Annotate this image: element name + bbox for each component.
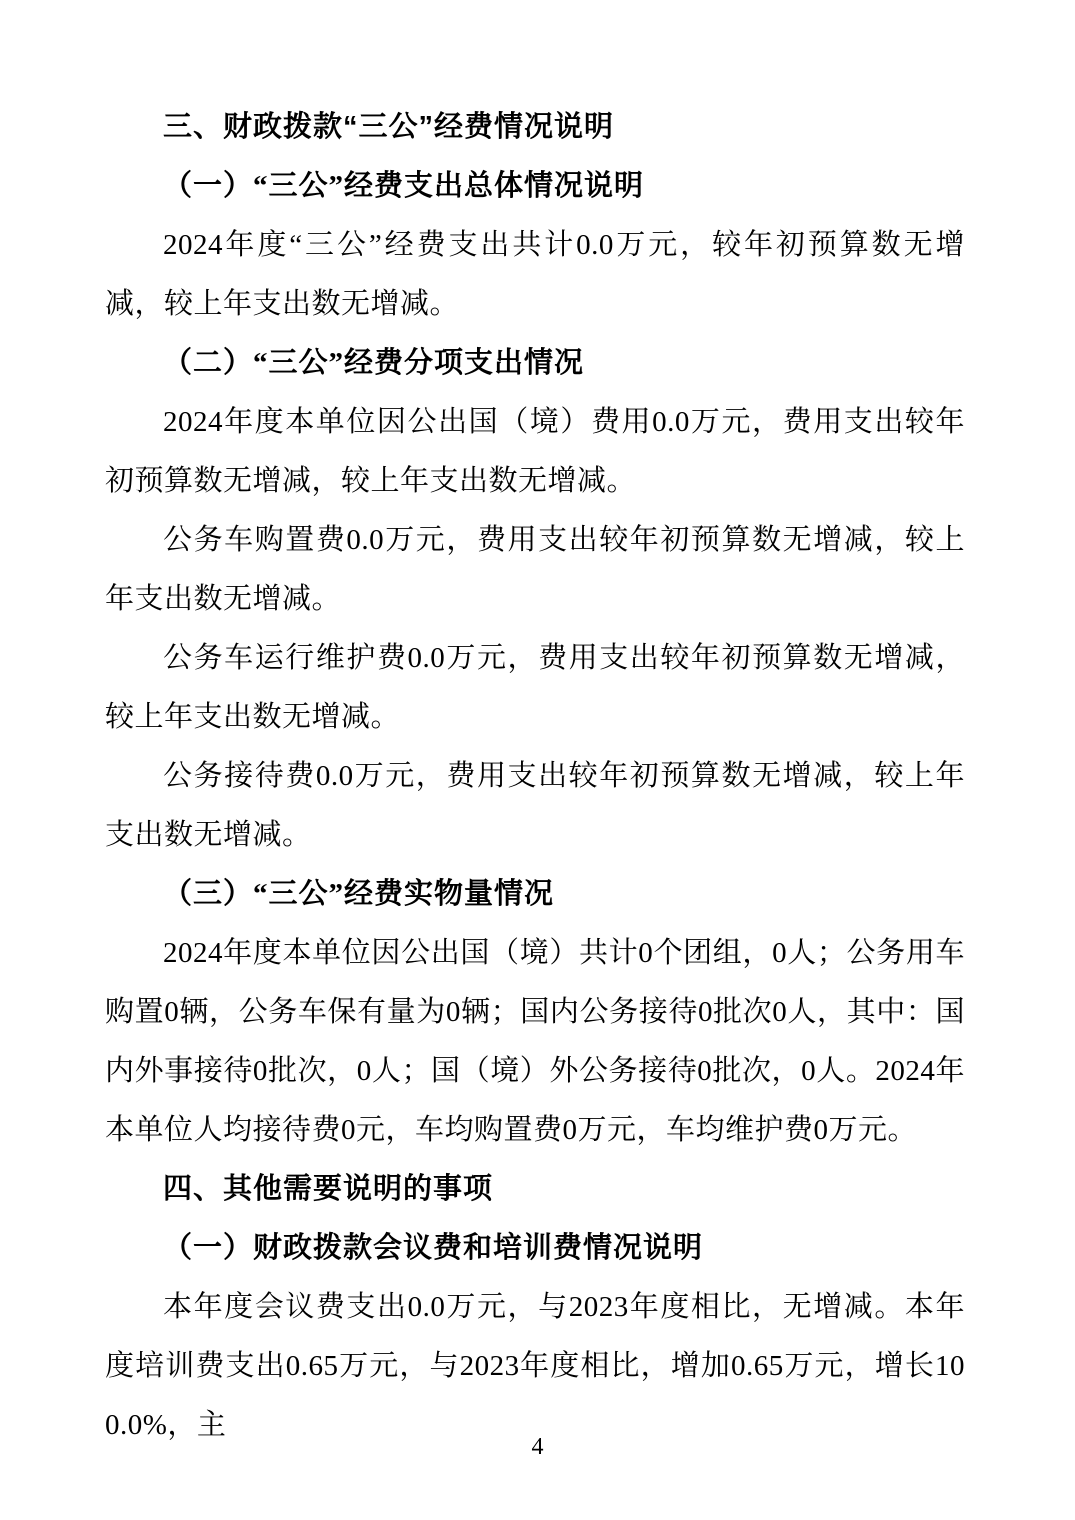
section-heading-other-matters: 四、其他需要说明的事项 [105, 1160, 965, 1219]
paragraph-meeting-training-fees-detail: 本年度会议费支出0.0万元，与2023年度相比，无增减。本年度培训费支出0.65… [105, 1278, 965, 1455]
subheading-physical-quantities: （三）“三公”经费实物量情况 [105, 865, 965, 924]
paragraph-vehicle-maintenance-expense: 公务车运行维护费0.0万元，费用支出较年初预算数无增减，较上年支出数无增减。 [105, 629, 965, 747]
subheading-overall-expenditure: （一）“三公”经费支出总体情况说明 [105, 157, 965, 216]
section-heading-three-public-funds: 三、财政拨款“三公”经费情况说明 [105, 98, 965, 157]
document-page: 三、财政拨款“三公”经费情况说明 （一）“三公”经费支出总体情况说明 2024年… [0, 0, 1075, 1520]
subheading-meeting-training-fees: （一）财政拨款会议费和培训费情况说明 [105, 1219, 965, 1278]
document-body: 三、财政拨款“三公”经费情况说明 （一）“三公”经费支出总体情况说明 2024年… [105, 98, 965, 1455]
paragraph-physical-quantities-detail: 2024年度本单位因公出国（境）共计0个团组，0人；公务用车购置0辆，公务车保有… [105, 924, 965, 1160]
paragraph-official-reception-expense: 公务接待费0.0万元，费用支出较年初预算数无增减，较上年支出数无增减。 [105, 747, 965, 865]
subheading-itemized-expenditure: （二）“三公”经费分项支出情况 [105, 334, 965, 393]
paragraph-overall-expenditure: 2024年度“三公”经费支出共计0.0万元，较年初预算数无增减，较上年支出数无增… [105, 216, 965, 334]
page-number: 4 [0, 1432, 1075, 1462]
paragraph-vehicle-purchase-expense: 公务车购置费0.0万元，费用支出较年初预算数无增减，较上年支出数无增减。 [105, 511, 965, 629]
paragraph-overseas-travel-expense: 2024年度本单位因公出国（境）费用0.0万元，费用支出较年初预算数无增减，较上… [105, 393, 965, 511]
